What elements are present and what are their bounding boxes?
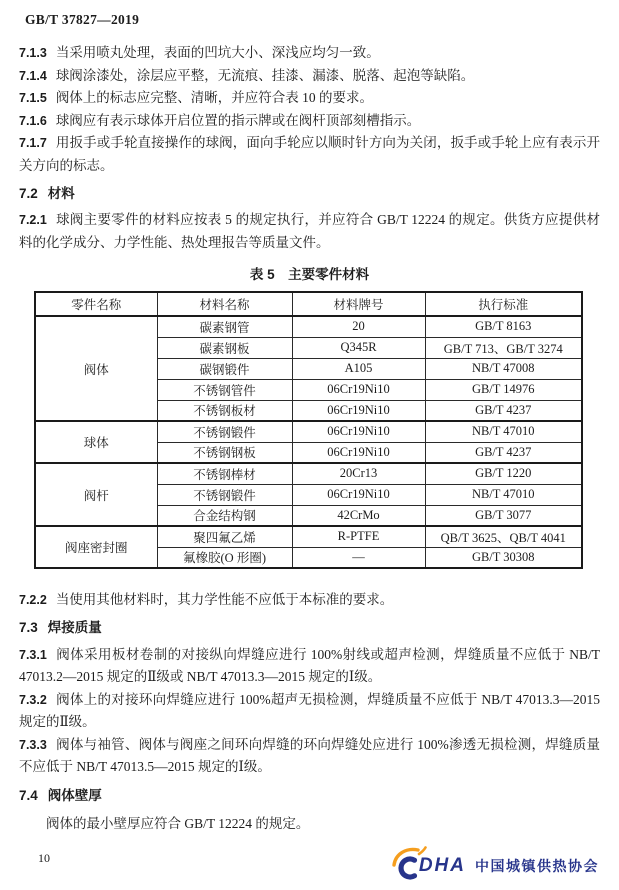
standard-cell: GB/T 30308 <box>425 547 582 568</box>
material-name-cell: 碳素钢管 <box>157 316 292 337</box>
section-heading-7-2: 7.2材料 <box>19 185 600 203</box>
clause-7-3-3: 7.3.3阀体与袖管、阀体与阀座之间环向焊缝的环向焊缝处应进行 100%渗透无损… <box>19 734 600 779</box>
clause-7-2-2: 7.2.2当使用其他材料时，其力学性能不应低于本标准的要求。 <box>19 589 600 612</box>
material-grade-cell: 42CrMo <box>292 505 425 526</box>
section-number: 7.2 <box>19 186 38 201</box>
section-heading-7-3: 7.3焊接质量 <box>19 619 600 637</box>
part-name-cell: 阀座密封圈 <box>35 526 157 568</box>
clause-text: 球阀主要零件的材料应按表 5 的规定执行，并应符合 GB/T 12224 的规定… <box>19 212 600 250</box>
material-name-cell: 不锈钢锻件 <box>157 484 292 505</box>
clause-number: 7.2.2 <box>19 593 47 607</box>
material-name-cell: 碳素钢板 <box>157 337 292 358</box>
cdha-logo: DHA 中国城镇供热协会 <box>389 844 599 880</box>
clause-number: 7.2.1 <box>19 213 47 227</box>
material-name-cell: 不锈钢管件 <box>157 379 292 400</box>
clause-number: 7.3.1 <box>19 648 47 662</box>
clause-7-2-1: 7.2.1球阀主要零件的材料应按表 5 的规定执行，并应符合 GB/T 1222… <box>19 209 600 254</box>
standard-cell: NB/T 47010 <box>425 421 582 442</box>
standard-cell: GB/T 4237 <box>425 400 582 421</box>
clause-text: 当采用喷丸处理，表面的凹坑大小、深浅应均匀一致。 <box>56 45 380 60</box>
materials-table: 零件名称 材料名称 材料牌号 执行标准 阀体 碳素钢管 20 GB/T 8163… <box>34 291 583 569</box>
standard-cell: NB/T 47008 <box>425 358 582 379</box>
clause-7-1-7: 7.1.7用扳手或手轮直接操作的球阀，面向手轮应以顺时针方向为关闭，扳手或手轮上… <box>19 132 600 177</box>
clause-text: 用扳手或手轮直接操作的球阀，面向手轮应以顺时针方向为关闭，扳手或手轮上应有表示开… <box>19 135 600 173</box>
section-title: 阀体壁厚 <box>48 788 102 803</box>
table-title: 表 5 主要零件材料 <box>19 263 600 283</box>
part-name-cell: 阀体 <box>35 316 157 421</box>
material-name-cell: 聚四氟乙烯 <box>157 526 292 547</box>
column-header-standard: 执行标准 <box>425 292 582 316</box>
material-grade-cell: 20Cr13 <box>292 463 425 484</box>
clause-7-3-2: 7.3.2阀体上的对接环向焊缝应进行 100%超声无损检测，焊缝质量不应低于 N… <box>19 689 600 734</box>
table-row: 阀座密封圈 聚四氟乙烯 R-PTFE QB/T 3625、QB/T 4041 <box>35 526 582 547</box>
table-header-row: 零件名称 材料名称 材料牌号 执行标准 <box>35 292 582 316</box>
clause-text: 球阀应有表示球体开启位置的指示牌或在阀杆顶部刻槽指示。 <box>56 113 421 128</box>
clause-number: 7.1.7 <box>19 136 47 150</box>
clause-text: 当使用其他材料时，其力学性能不应低于本标准的要求。 <box>56 592 394 607</box>
column-header-material: 材料名称 <box>157 292 292 316</box>
logo-name: 中国城镇供热协会 <box>475 856 599 876</box>
clause-text: 阀体与袖管、阀体与阀座之间环向焊缝的环向焊缝处应进行 100%渗透无损检测，焊缝… <box>19 737 600 775</box>
standard-cell: GB/T 713、GB/T 3274 <box>425 337 582 358</box>
section-number: 7.3 <box>19 620 38 635</box>
table-row: 阀杆 不锈钢棒材 20Cr13 GB/T 1220 <box>35 463 582 484</box>
material-name-cell: 不锈钢钢板 <box>157 442 292 463</box>
page-number: 10 <box>38 851 50 866</box>
section-heading-7-4: 7.4阀体壁厚 <box>19 787 600 805</box>
clause-7-3-1: 7.3.1阀体采用板材卷制的对接纵向焊缝应进行 100%射线或超声检测，焊缝质量… <box>19 644 600 689</box>
clause-text: 球阀涂漆处，涂层应平整，无流痕、挂漆、漏漆、脱落、起泡等缺陷。 <box>56 68 475 83</box>
material-name-cell: 合金结构钢 <box>157 505 292 526</box>
standard-cell: GB/T 14976 <box>425 379 582 400</box>
material-grade-cell: — <box>292 547 425 568</box>
clause-number: 7.3.3 <box>19 738 47 752</box>
material-grade-cell: 20 <box>292 316 425 337</box>
material-name-cell: 碳钢锻件 <box>157 358 292 379</box>
logo-abbr: DHA <box>419 855 466 877</box>
clause-7-4-body: 阀体的最小壁厚应符合 GB/T 12224 的规定。 <box>19 813 600 836</box>
material-grade-cell: 06Cr19Ni10 <box>292 400 425 421</box>
clause-7-1-6: 7.1.6球阀应有表示球体开启位置的指示牌或在阀杆顶部刻槽指示。 <box>19 110 600 133</box>
column-header-part: 零件名称 <box>35 292 157 316</box>
clause-number: 7.1.5 <box>19 91 47 105</box>
section-number: 7.4 <box>19 788 38 803</box>
table-row: 球体 不锈钢锻件 06Cr19Ni10 NB/T 47010 <box>35 421 582 442</box>
doc-code-header: GB/T 37827—2019 <box>25 12 600 28</box>
section-title: 焊接质量 <box>48 620 102 635</box>
material-grade-cell: 06Cr19Ni10 <box>292 442 425 463</box>
section-title: 材料 <box>48 186 75 201</box>
material-name-cell: 氟橡胶(O 形圈) <box>157 547 292 568</box>
clause-7-1-5: 7.1.5阀体上的标志应完整、清晰，并应符合表 10 的要求。 <box>19 87 600 110</box>
clause-number: 7.1.4 <box>19 69 47 83</box>
clause-number: 7.3.2 <box>19 693 47 707</box>
standard-cell: QB/T 3625、QB/T 4041 <box>425 526 582 547</box>
material-grade-cell: 06Cr19Ni10 <box>292 421 425 442</box>
material-grade-cell: R-PTFE <box>292 526 425 547</box>
material-name-cell: 不锈钢棒材 <box>157 463 292 484</box>
standard-cell: GB/T 4237 <box>425 442 582 463</box>
clause-7-1-3: 7.1.3当采用喷丸处理，表面的凹坑大小、深浅应均匀一致。 <box>19 42 600 65</box>
material-name-cell: 不锈钢锻件 <box>157 421 292 442</box>
material-grade-cell: 06Cr19Ni10 <box>292 484 425 505</box>
clause-number: 7.1.6 <box>19 114 47 128</box>
part-name-cell: 阀杆 <box>35 463 157 526</box>
clause-text: 阀体上的标志应完整、清晰，并应符合表 10 的要求。 <box>56 90 373 105</box>
column-header-grade: 材料牌号 <box>292 292 425 316</box>
clause-text: 阀体上的对接环向焊缝应进行 100%超声无损检测，焊缝质量不应低于 NB/T 4… <box>19 692 600 730</box>
standard-cell: NB/T 47010 <box>425 484 582 505</box>
table-row: 阀体 碳素钢管 20 GB/T 8163 <box>35 316 582 337</box>
standard-cell: GB/T 3077 <box>425 505 582 526</box>
clause-7-1-4: 7.1.4球阀涂漆处，涂层应平整，无流痕、挂漆、漏漆、脱落、起泡等缺陷。 <box>19 65 600 88</box>
material-name-cell: 不锈钢板材 <box>157 400 292 421</box>
material-grade-cell: A105 <box>292 358 425 379</box>
clause-text: 阀体采用板材卷制的对接纵向焊缝应进行 100%射线或超声检测，焊缝质量不应低于 … <box>19 647 600 685</box>
part-name-cell: 球体 <box>35 421 157 463</box>
document-page: GB/T 37827—2019 7.1.3当采用喷丸处理，表面的凹坑大小、深浅应… <box>0 0 619 835</box>
clause-number: 7.1.3 <box>19 46 47 60</box>
material-grade-cell: Q345R <box>292 337 425 358</box>
material-grade-cell: 06Cr19Ni10 <box>292 379 425 400</box>
standard-cell: GB/T 8163 <box>425 316 582 337</box>
standard-cell: GB/T 1220 <box>425 463 582 484</box>
